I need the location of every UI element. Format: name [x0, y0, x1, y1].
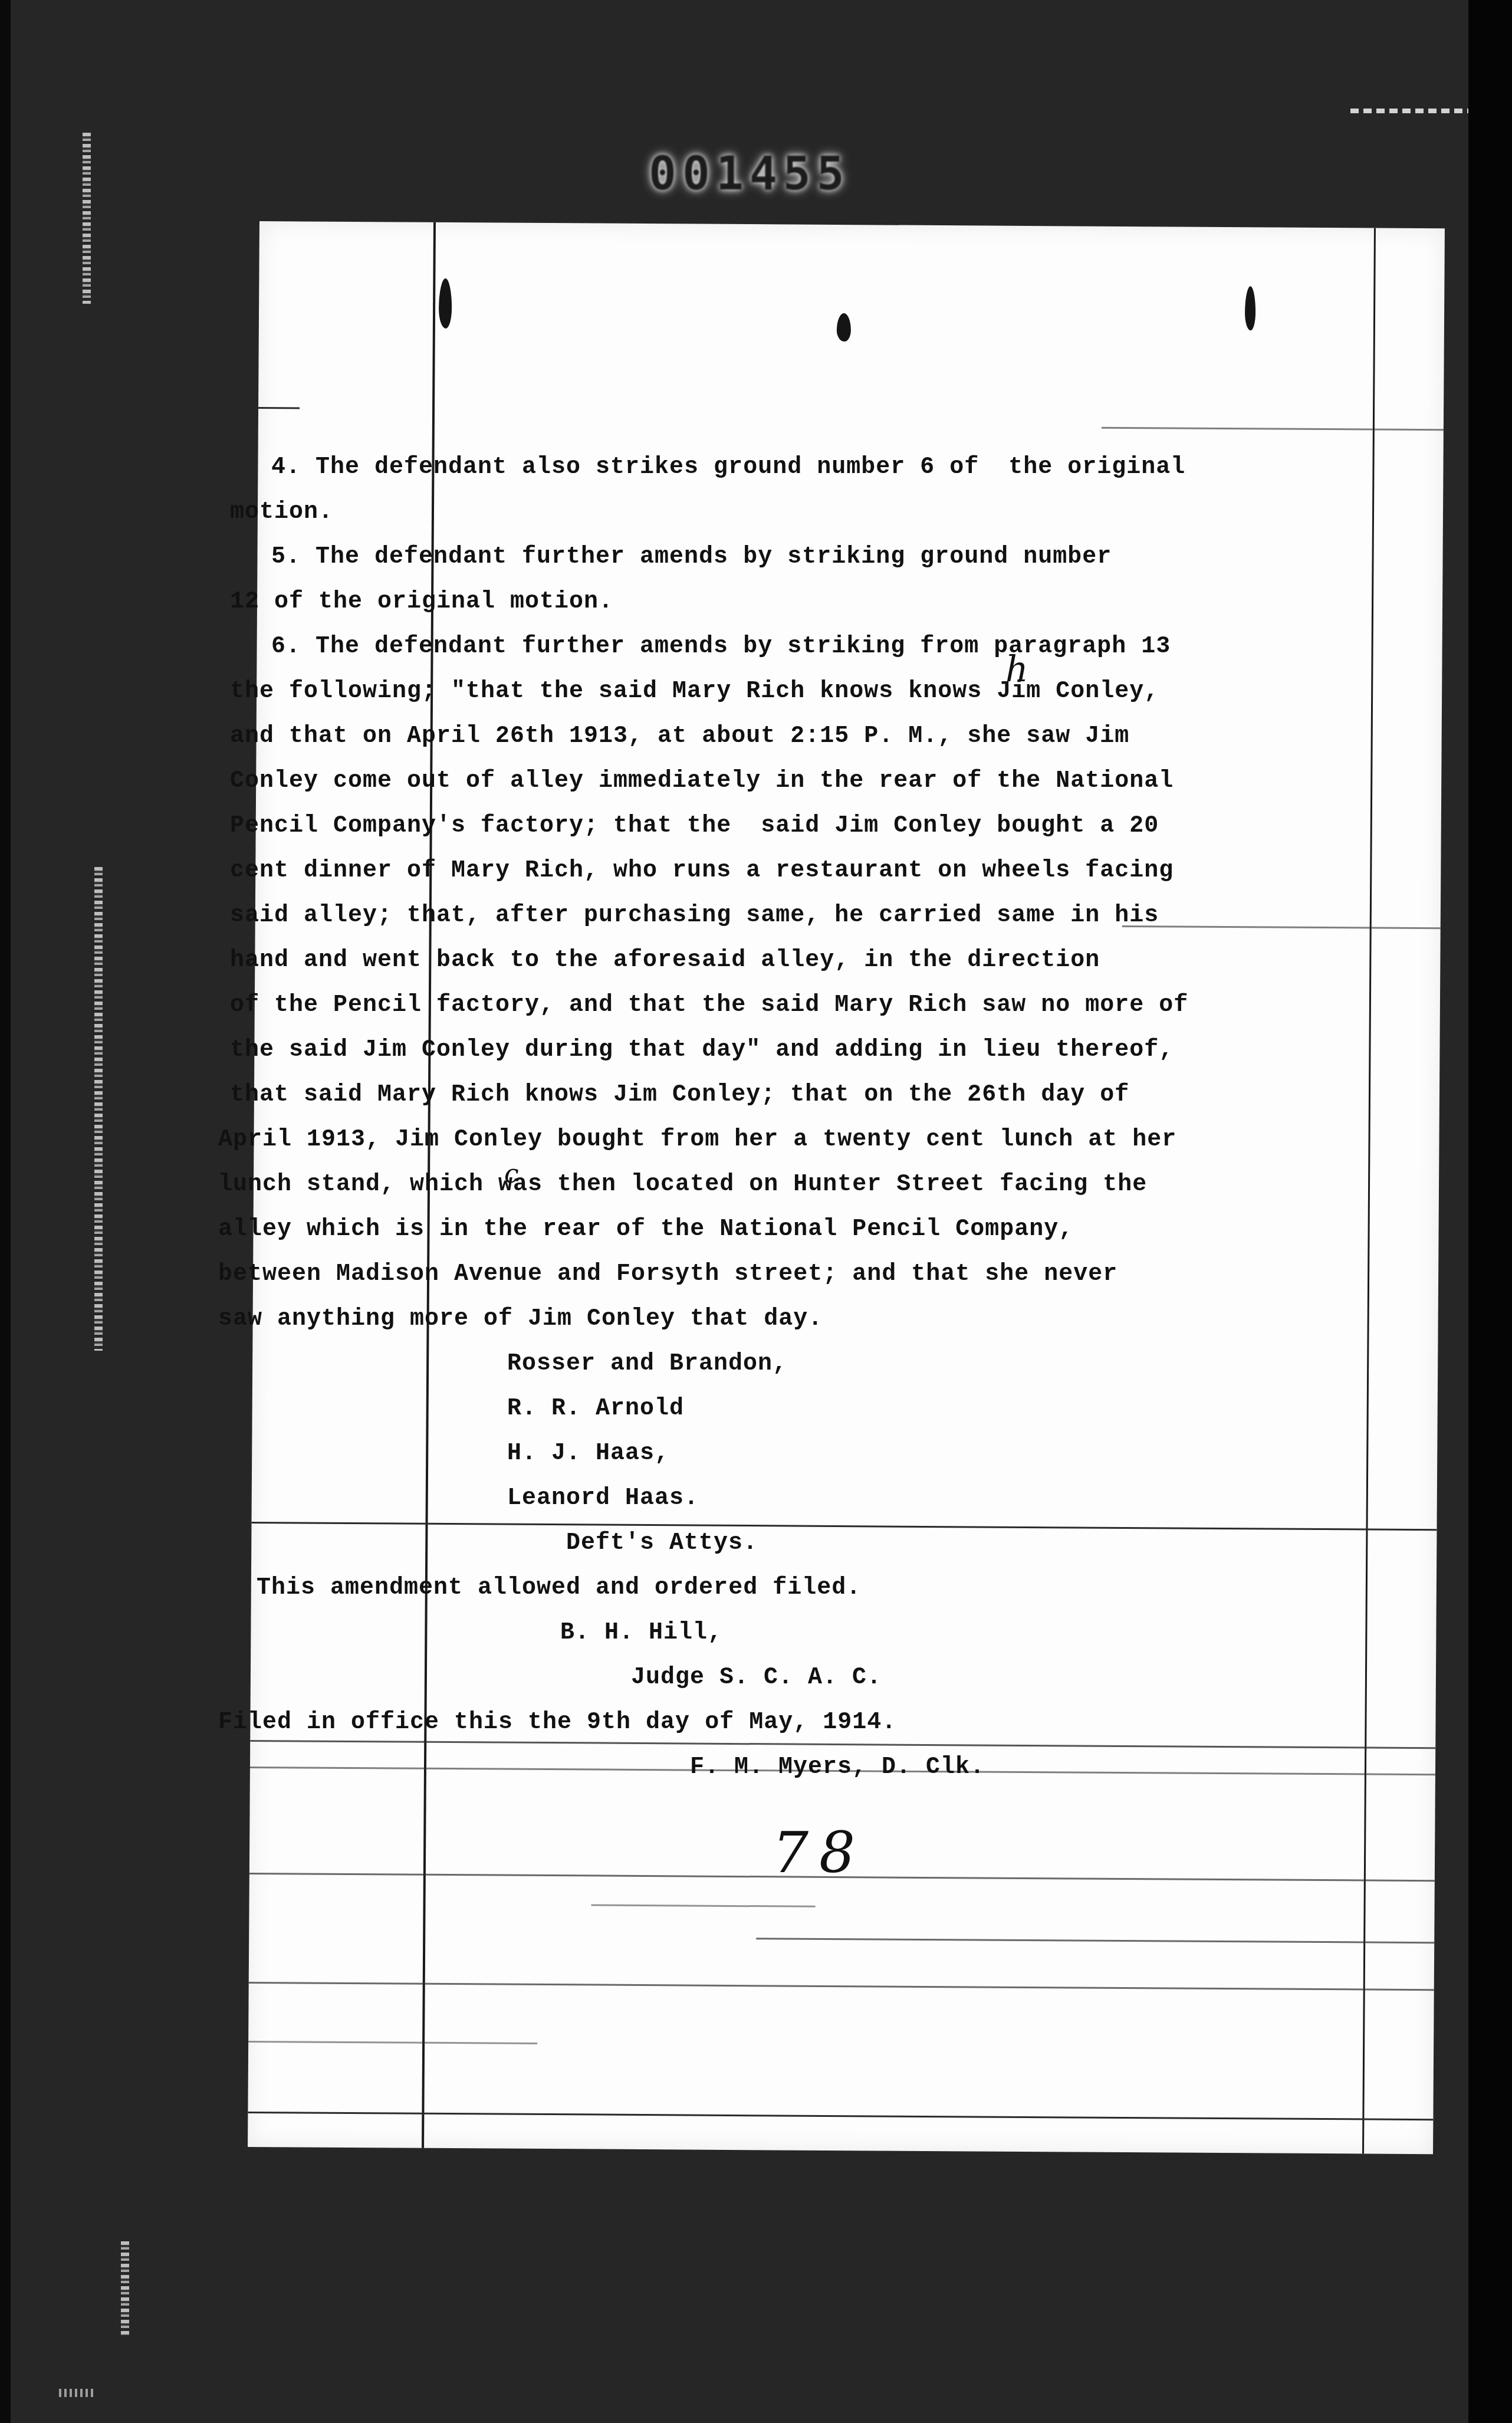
- handwritten-page-number: 78: [773, 1820, 866, 1886]
- paragraph-6-line-7: said alley; that, after purchasing same,…: [230, 894, 1126, 938]
- judge-title: Judge S. C. A. C.: [230, 1656, 1126, 1700]
- signatory-arnold: R. R. Arnold: [230, 1387, 1126, 1432]
- paragraph-6-line-2: the following; "that the said Mary Rich …: [230, 669, 1126, 714]
- paragraph-5-line-1: 5. The defendant further amends by strik…: [230, 535, 1126, 580]
- handwritten-correction-rich: h: [1005, 649, 1028, 690]
- ruled-line: [248, 2112, 1433, 2120]
- paragraph-6-line-14: alley which is in the rear of the Nation…: [218, 1207, 1126, 1252]
- ink-blot: [1245, 286, 1255, 330]
- signatory-firm: Rosser and Brandon,: [230, 1342, 1126, 1387]
- ruled-line: [248, 2041, 537, 2044]
- paragraph-6-line-1: 6. The defendant further amends by strik…: [230, 625, 1126, 669]
- film-sprocket-mark-middle: [94, 867, 103, 1351]
- film-frame-id: 001455: [649, 147, 850, 201]
- clerk-signature: F. M. Myers, D. Clk.: [230, 1745, 1126, 1790]
- handwritten-correction-lunch: c: [504, 1159, 519, 1189]
- film-sprocket-mark-bottom: [121, 2241, 129, 2336]
- paragraph-6-line-12: April 1913, Jim Conley bought from her a…: [218, 1118, 1126, 1163]
- film-edge-left: [0, 0, 11, 2423]
- paragraph-6-line-4: Conley come out of alley immediately in …: [230, 759, 1126, 804]
- ruled-line: [1102, 427, 1444, 431]
- filing-text: Filed in office this the 9th day of May,…: [218, 1700, 1126, 1745]
- document-body: 4. The defendant also strikes ground num…: [230, 221, 1126, 1790]
- signatory-l-haas: Leanord Haas.: [230, 1476, 1126, 1521]
- right-margin-rule: [1362, 228, 1376, 2154]
- judge-name: B. H. Hill,: [230, 1611, 1126, 1656]
- paragraph-5-line-2: 12 of the original motion.: [230, 580, 1126, 625]
- paragraph-6-line-3: and that on April 26th 1913, at about 2:…: [230, 714, 1126, 759]
- film-edge-marking: [1350, 109, 1468, 113]
- paragraph-6-line-16: saw anything more of Jim Conley that day…: [218, 1297, 1126, 1342]
- film-sprocket-mark-top: [83, 133, 91, 304]
- paragraph-6-line-13: lunch stand, which was then located on H…: [218, 1163, 1126, 1207]
- ruled-line: [249, 1982, 1434, 1991]
- signatory-h-haas: H. J. Haas,: [230, 1432, 1126, 1476]
- paragraph-4-line-2: motion.: [230, 490, 1126, 535]
- paragraph-6-line-11: that said Mary Rich knows Jim Conley; th…: [230, 1073, 1126, 1118]
- attorneys-label: Deft's Attys.: [230, 1521, 1126, 1566]
- paragraph-6-line-10: the said Jim Conley during that day" and…: [230, 1028, 1126, 1073]
- paragraph-6-line-8: hand and went back to the aforesaid alle…: [230, 938, 1126, 983]
- ruled-line: [756, 1938, 1434, 1943]
- film-edge-right: [1468, 0, 1512, 2423]
- paragraph-6-line-6: cent dinner of Mary Rich, who runs a res…: [230, 849, 1126, 894]
- ruled-line: [1122, 925, 1441, 929]
- order-text: This amendment allowed and ordered filed…: [230, 1566, 1126, 1611]
- paragraph-6-line-15: between Madison Avenue and Forsyth stree…: [218, 1252, 1126, 1297]
- paragraph-6-line-9: of the Pencil factory, and that the said…: [230, 983, 1126, 1028]
- ruled-line: [591, 1904, 816, 1907]
- film-edge-marking-bottom: [59, 2389, 94, 2397]
- paragraph-6-line-5: Pencil Company's factory; that the said …: [230, 804, 1126, 849]
- paragraph-4-line-1: 4. The defendant also strikes ground num…: [230, 445, 1126, 490]
